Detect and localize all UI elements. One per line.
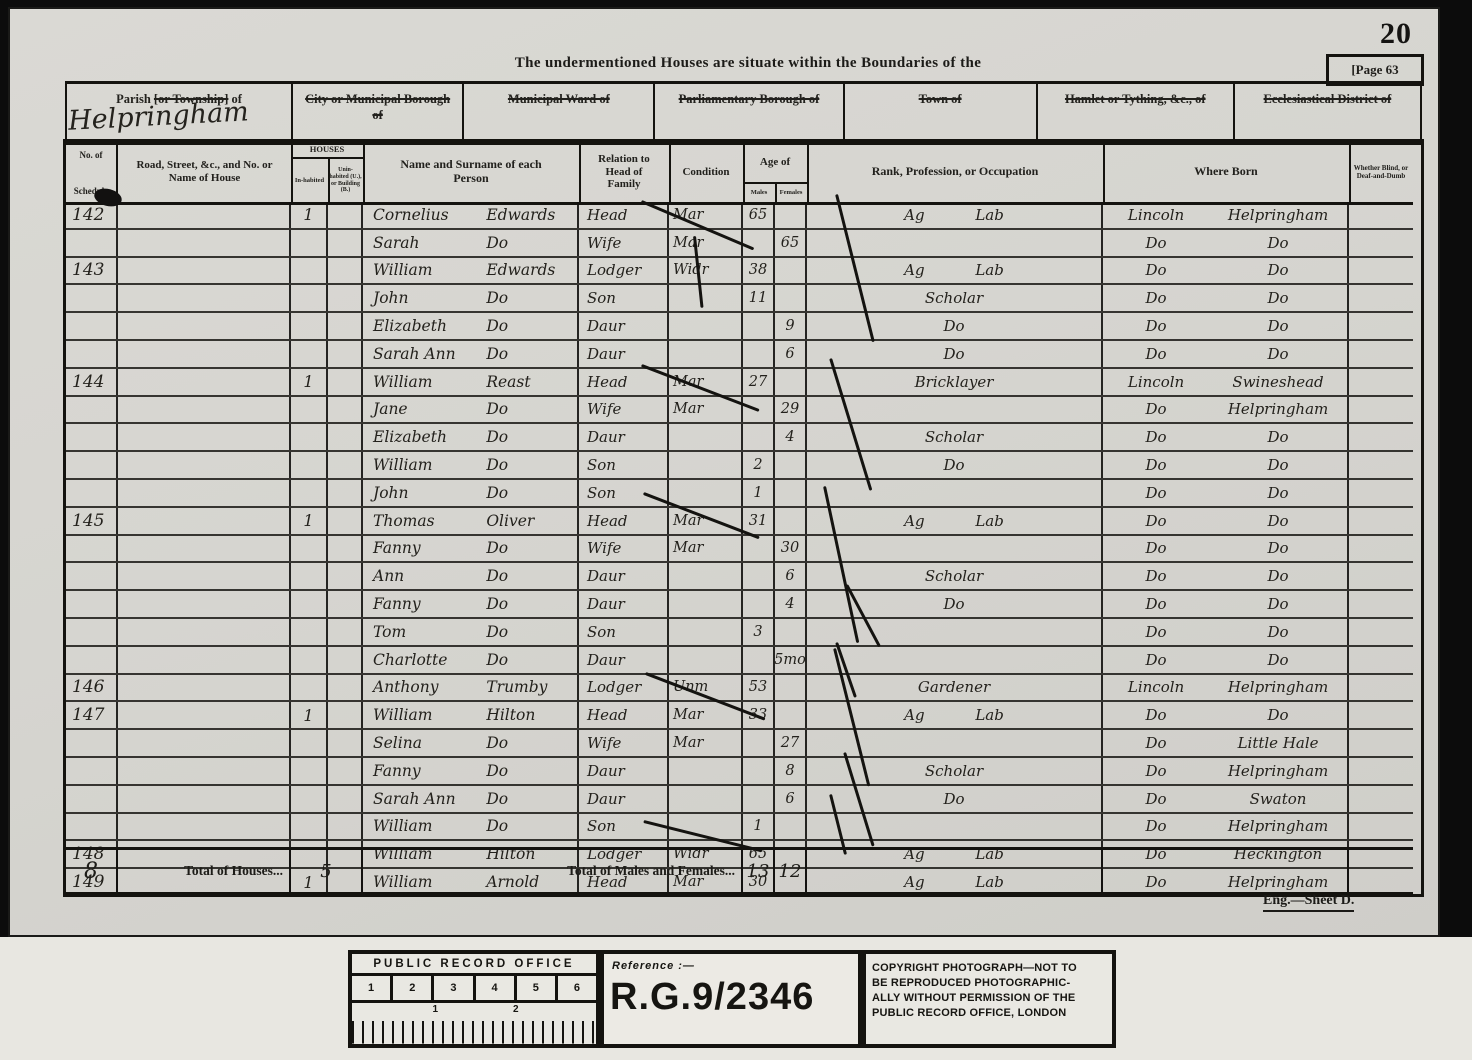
- col-header-born-label: Where Born: [1194, 165, 1257, 179]
- occupation-value: Ag Lab: [904, 706, 1004, 724]
- col-header-houses-group: HOUSES: [291, 142, 365, 159]
- cell-name: JaneDo: [363, 397, 579, 423]
- person-given-name: Sarah: [363, 234, 486, 252]
- cell-condition: Mar: [669, 230, 743, 256]
- copyright-line: PUBLIC RECORD OFFICE, LONDON: [872, 1006, 1106, 1021]
- col-header-relation-label: Relation to Head of Family: [588, 153, 660, 191]
- cell-born: LincolnHelpringham: [1103, 202, 1349, 228]
- born-place: Helpringham: [1209, 817, 1347, 835]
- born-place: Swineshead: [1209, 373, 1347, 391]
- cell-house-uninhabited: [328, 313, 363, 339]
- person-surname: Do: [486, 595, 577, 613]
- relation-value: Daur: [587, 428, 625, 446]
- relation-value: Daur: [587, 762, 625, 780]
- condition-value: Mar: [673, 540, 703, 556]
- occupation-value: Do: [943, 790, 964, 808]
- cell-road: [118, 702, 291, 728]
- person-surname: Do: [486, 762, 577, 780]
- person-given-name: William: [363, 706, 486, 724]
- cell-occupation: Ag Lab: [807, 202, 1103, 228]
- cell-house-uninhabited: [328, 758, 363, 784]
- born-place: Do: [1209, 317, 1347, 335]
- cell-house-uninhabited: [328, 480, 363, 506]
- cell-born: DoDo: [1103, 341, 1349, 367]
- cell-born: DoDo: [1103, 619, 1349, 645]
- col-header-infirm-label: Whether Blind, or Deaf-and-Dumb: [1352, 164, 1410, 180]
- cell-age-female: 4: [775, 424, 807, 450]
- ruler-inch-mark: 1: [352, 976, 393, 1000]
- age-female-value: 4: [785, 596, 794, 612]
- age-female-value: 9: [785, 318, 794, 334]
- cell-road: [118, 758, 291, 784]
- table-row: WilliamDoSon1DoHelpringham: [66, 814, 1413, 842]
- born-county: Do: [1103, 400, 1209, 418]
- cell-house-uninhabited: [328, 536, 363, 562]
- cell-house-inhabited: [291, 285, 328, 311]
- born-county: Do: [1103, 317, 1209, 335]
- born-county: Do: [1103, 539, 1209, 557]
- cell-condition: Widr: [669, 258, 743, 284]
- relation-value: Wife: [587, 400, 621, 418]
- cell-schedule: [66, 424, 118, 450]
- age-female-value: 6: [785, 791, 794, 807]
- cell-relation: Wife: [579, 397, 669, 423]
- cell-born: DoDo: [1103, 591, 1349, 617]
- age-female-value: 30: [781, 540, 799, 556]
- relation-value: Head: [587, 512, 628, 530]
- cell-infirm: [1349, 619, 1413, 645]
- occupation-value: Ag Lab: [904, 261, 1004, 279]
- born-county: Do: [1103, 734, 1209, 752]
- col-header-females-label: Females: [780, 189, 803, 196]
- cell-schedule: 147: [66, 702, 118, 728]
- person-surname: Do: [486, 428, 577, 446]
- born-place: Do: [1209, 345, 1347, 363]
- born-place: Do: [1209, 706, 1347, 724]
- born-county: Do: [1103, 345, 1209, 363]
- cell-house-uninhabited: [328, 508, 363, 534]
- totals-empty-born: [1103, 850, 1349, 892]
- cell-house-inhabited: [291, 619, 328, 645]
- cell-schedule: [66, 814, 118, 840]
- cell-schedule: [66, 758, 118, 784]
- location-field-5: Hamlet or Tything, &c., of: [1038, 84, 1235, 142]
- born-county: Do: [1103, 567, 1209, 585]
- cell-infirm: [1349, 730, 1413, 756]
- cell-relation: Son: [579, 452, 669, 478]
- cell-age-male: [743, 424, 775, 450]
- person-surname: Do: [486, 734, 577, 752]
- cell-condition: Mar: [669, 730, 743, 756]
- cell-age-female: [775, 508, 807, 534]
- cell-age-male: 11: [743, 285, 775, 311]
- person-given-name: Jane: [363, 400, 486, 418]
- cell-born: DoHelpringham: [1103, 814, 1349, 840]
- person-given-name: Sarah Ann: [363, 790, 486, 808]
- person-given-name: William: [363, 261, 486, 279]
- cell-age-male: [743, 786, 775, 812]
- cell-infirm: [1349, 397, 1413, 423]
- cell-infirm: [1349, 786, 1413, 812]
- born-county: Do: [1103, 484, 1209, 502]
- cell-infirm: [1349, 424, 1413, 450]
- cell-road: [118, 258, 291, 284]
- totals-empty-infirm: [1349, 850, 1413, 892]
- cell-relation: Daur: [579, 786, 669, 812]
- cell-age-male: 65: [743, 202, 775, 228]
- cell-condition: Mar: [669, 202, 743, 228]
- age-male-value: 38: [749, 262, 767, 278]
- col-header-road-label: Road, Street, &c., and No. or Name of Ho…: [127, 159, 283, 184]
- relation-value: Son: [587, 484, 616, 502]
- occupation-value: Ag Lab: [904, 512, 1004, 530]
- cell-age-male: [743, 341, 775, 367]
- cell-name: Sarah AnnDo: [363, 341, 579, 367]
- born-county: Do: [1103, 790, 1209, 808]
- relation-value: Son: [587, 817, 616, 835]
- born-place: Do: [1209, 623, 1347, 641]
- relation-value: Head: [587, 706, 628, 724]
- cell-infirm: [1349, 285, 1413, 311]
- cell-schedule: [66, 536, 118, 562]
- cell-born: DoSwaton: [1103, 786, 1349, 812]
- col-header-occupation: Rank, Profession, or Occupation: [807, 142, 1105, 202]
- location-field-4: Town of: [845, 84, 1038, 142]
- cell-name: WilliamEdwards: [363, 258, 579, 284]
- col-header-uninhabited: Unin-habited (U.), or Building (B.): [328, 159, 365, 202]
- cell-house-uninhabited: [328, 369, 363, 395]
- table-row: 143WilliamEdwardsLodgerWidr38Ag LabDoDo: [66, 258, 1413, 286]
- born-place: Do: [1209, 289, 1347, 307]
- cell-name: CorneliusEdwards: [363, 202, 579, 228]
- cell-road: [118, 786, 291, 812]
- person-surname: Reast: [486, 373, 577, 391]
- cell-name: AnnDo: [363, 563, 579, 589]
- cell-condition: [669, 591, 743, 617]
- cell-age-male: [743, 230, 775, 256]
- page-label: [Page 63: [1351, 62, 1398, 78]
- cell-born: DoDo: [1103, 508, 1349, 534]
- totals-row: 8 Total of Houses... 5 Total of Males an…: [66, 847, 1413, 896]
- cell-born: DoDo: [1103, 563, 1349, 589]
- born-place: Helpringham: [1209, 762, 1347, 780]
- cell-schedule: [66, 397, 118, 423]
- person-given-name: Thomas: [363, 512, 486, 530]
- person-surname: Do: [486, 484, 577, 502]
- cell-condition: [669, 480, 743, 506]
- cell-house-inhabited: [291, 675, 328, 701]
- cell-road: [118, 285, 291, 311]
- table-body: 1421CorneliusEdwardsHeadMar65Ag LabLinco…: [66, 202, 1413, 897]
- inhabited-mark: 1: [303, 511, 313, 530]
- table-row: TomDoSon3DoDo: [66, 619, 1413, 647]
- cell-age-male: 31: [743, 508, 775, 534]
- born-place: Do: [1209, 261, 1347, 279]
- cell-house-inhabited: [291, 313, 328, 339]
- cell-house-uninhabited: [328, 452, 363, 478]
- table-row: FannyDoWifeMar30DoDo: [66, 536, 1413, 564]
- ruler-cm-number: 1: [433, 1004, 439, 1015]
- inhabited-mark: 1: [303, 706, 313, 725]
- cell-house-uninhabited: [328, 702, 363, 728]
- cell-age-female: [775, 619, 807, 645]
- cell-occupation: [807, 397, 1103, 423]
- cell-road: [118, 230, 291, 256]
- col-header-age-label: Age of: [760, 156, 790, 169]
- person-given-name: William: [363, 373, 486, 391]
- table-row: Sarah AnnDoDaur6DoDoSwaton: [66, 786, 1413, 814]
- cell-infirm: [1349, 313, 1413, 339]
- age-female-value: 29: [781, 401, 799, 417]
- born-place: Do: [1209, 512, 1347, 530]
- born-county: Do: [1103, 706, 1209, 724]
- born-place: Do: [1209, 651, 1347, 669]
- cell-relation: Daur: [579, 563, 669, 589]
- cell-house-inhabited: [291, 424, 328, 450]
- cell-age-male: [743, 536, 775, 562]
- cell-name: CharlotteDo: [363, 647, 579, 673]
- cell-age-male: [743, 730, 775, 756]
- cell-occupation: Do: [807, 786, 1103, 812]
- age-male-value: 65: [749, 207, 767, 223]
- totals-males-females-label-cell: Total of Males and Females...: [363, 850, 743, 892]
- cell-name: FannyDo: [363, 536, 579, 562]
- cell-name: JohnDo: [363, 285, 579, 311]
- born-county: Do: [1103, 456, 1209, 474]
- cell-condition: [669, 341, 743, 367]
- cell-house-uninhabited: [328, 730, 363, 756]
- born-place: Helpringham: [1209, 400, 1347, 418]
- occupation-value: Do: [943, 345, 964, 363]
- person-surname: Do: [486, 456, 577, 474]
- person-given-name: Ann: [363, 567, 486, 585]
- table-row: FannyDoDaur4DoDoDo: [66, 591, 1413, 619]
- cell-road: [118, 313, 291, 339]
- cell-occupation: Ag Lab: [807, 508, 1103, 534]
- person-given-name: Elizabeth: [363, 317, 486, 335]
- born-place: Do: [1209, 539, 1347, 557]
- cell-relation: Son: [579, 480, 669, 506]
- ruler-inch-mark: 3: [434, 976, 475, 1000]
- cell-infirm: [1349, 369, 1413, 395]
- cell-relation: Daur: [579, 424, 669, 450]
- cell-occupation: Do: [807, 313, 1103, 339]
- cell-condition: Mar: [669, 536, 743, 562]
- cell-born: DoDo: [1103, 536, 1349, 562]
- relation-value: Daur: [587, 595, 625, 613]
- cell-road: [118, 202, 291, 228]
- totals-females-value: 12: [779, 861, 802, 882]
- col-header-inhabited: In-habited: [291, 159, 330, 202]
- ruler-inch-mark: 4: [476, 976, 517, 1000]
- cell-age-male: [743, 563, 775, 589]
- occupation-value: Gardener: [918, 678, 990, 696]
- location-field-2: Municipal Ward of: [464, 84, 655, 142]
- table-row: 1471WilliamHiltonHeadMar33Ag LabDoDo: [66, 702, 1413, 730]
- cell-age-female: 4: [775, 591, 807, 617]
- cell-born: DoDo: [1103, 480, 1349, 506]
- cell-born: DoDo: [1103, 647, 1349, 673]
- cell-house-uninhabited: [328, 619, 363, 645]
- person-surname: Do: [486, 400, 577, 418]
- born-place: Do: [1209, 234, 1347, 252]
- cell-schedule: [66, 313, 118, 339]
- cell-schedule: [66, 452, 118, 478]
- inhabited-mark: 1: [303, 372, 313, 391]
- census-sheet: 20 The undermentioned Houses are situate…: [8, 7, 1440, 944]
- totals-males-value: 13: [747, 861, 770, 882]
- cell-condition: [669, 647, 743, 673]
- cell-born: DoDo: [1103, 313, 1349, 339]
- occupation-value: Scholar: [925, 762, 983, 780]
- schedule-number: 143: [72, 260, 104, 280]
- age-male-value: 27: [749, 374, 767, 390]
- table-row: SelinaDoWifeMar27DoLittle Hale: [66, 730, 1413, 758]
- census-photograph: 20 The undermentioned Houses are situate…: [0, 0, 1472, 1060]
- cell-name: FannyDo: [363, 758, 579, 784]
- cell-house-inhabited: [291, 591, 328, 617]
- totals-empty-occupation: [807, 850, 1103, 892]
- relation-value: Head: [587, 206, 628, 224]
- cell-born: DoDo: [1103, 702, 1349, 728]
- cell-relation: Son: [579, 814, 669, 840]
- cell-relation: Daur: [579, 758, 669, 784]
- cell-schedule: [66, 647, 118, 673]
- born-county: Do: [1103, 428, 1209, 446]
- person-surname: Do: [486, 817, 577, 835]
- ruler-inch-row: 123456: [352, 976, 596, 1003]
- person-given-name: Elizabeth: [363, 428, 486, 446]
- cell-infirm: [1349, 675, 1413, 701]
- age-female-value: 65: [781, 235, 799, 251]
- table-row: ElizabethDoDaur9DoDoDo: [66, 313, 1413, 341]
- age-male-value: 3: [753, 624, 762, 640]
- born-place: Do: [1209, 456, 1347, 474]
- age-male-value: 53: [749, 679, 767, 695]
- age-female-value: 4: [785, 429, 794, 445]
- cell-name: WilliamReast: [363, 369, 579, 395]
- cell-schedule: [66, 786, 118, 812]
- born-county: Lincoln: [1103, 373, 1209, 391]
- occupation-value: Scholar: [925, 289, 983, 307]
- cell-name: ElizabethDo: [363, 313, 579, 339]
- col-header-condition: Condition: [669, 142, 745, 202]
- cell-house-inhabited: [291, 480, 328, 506]
- cell-relation: Son: [579, 285, 669, 311]
- person-given-name: Fanny: [363, 762, 486, 780]
- cell-age-male: 1: [743, 814, 775, 840]
- cell-condition: [669, 563, 743, 589]
- cell-house-uninhabited: [328, 202, 363, 228]
- cell-age-female: 8: [775, 758, 807, 784]
- schedule-number: 145: [72, 511, 104, 531]
- cell-house-uninhabited: [328, 814, 363, 840]
- cell-name: AnthonyTrumby: [363, 675, 579, 701]
- cell-infirm: [1349, 341, 1413, 367]
- cell-schedule: [66, 285, 118, 311]
- cell-age-female: [775, 369, 807, 395]
- person-surname: Edwards: [486, 206, 577, 224]
- totals-males-females-label: Total of Males and Females...: [567, 863, 735, 879]
- cell-infirm: [1349, 452, 1413, 478]
- col-header-born: Where Born: [1103, 142, 1351, 202]
- cell-house-uninhabited: [328, 647, 363, 673]
- cell-road: [118, 619, 291, 645]
- cell-house-uninhabited: [328, 675, 363, 701]
- cell-born: DoHelpringham: [1103, 758, 1349, 784]
- cell-relation: Daur: [579, 591, 669, 617]
- col-header-males: Males: [743, 184, 777, 202]
- age-female-value: 8: [785, 763, 794, 779]
- stamp-office-name: PUBLIC RECORD OFFICE: [352, 954, 596, 976]
- stamp-ruler-box: PUBLIC RECORD OFFICE 123456 12: [348, 950, 600, 1048]
- cell-house-inhabited: [291, 258, 328, 284]
- cell-age-female: [775, 285, 807, 311]
- person-surname: Do: [486, 790, 577, 808]
- cell-age-male: [743, 758, 775, 784]
- cell-condition: [669, 619, 743, 645]
- totals-houses-label: Total of Houses...: [184, 863, 283, 879]
- age-male-value: 31: [749, 513, 767, 529]
- relation-value: Daur: [587, 317, 625, 335]
- schedule-number: 147: [72, 705, 104, 725]
- cell-house-inhabited: [291, 814, 328, 840]
- cell-infirm: [1349, 230, 1413, 256]
- cell-house-inhabited: 1: [291, 702, 328, 728]
- cell-condition: [669, 758, 743, 784]
- born-place: Do: [1209, 428, 1347, 446]
- person-given-name: Cornelius: [363, 206, 486, 224]
- stamp-copyright-box: COPYRIGHT PHOTOGRAPH—NOT TOBE REPRODUCED…: [862, 950, 1116, 1048]
- cell-relation: Daur: [579, 647, 669, 673]
- cell-born: DoDo: [1103, 424, 1349, 450]
- relation-value: Daur: [587, 651, 625, 669]
- cell-house-inhabited: [291, 786, 328, 812]
- col-header-females: Females: [775, 184, 809, 202]
- born-county: Do: [1103, 623, 1209, 641]
- cell-age-male: 3: [743, 619, 775, 645]
- cell-road: [118, 424, 291, 450]
- cell-occupation: Scholar: [807, 563, 1103, 589]
- born-county: Do: [1103, 289, 1209, 307]
- cell-name: WilliamDo: [363, 452, 579, 478]
- cell-age-female: [775, 814, 807, 840]
- table-row: WilliamDoSon2DoDoDo: [66, 452, 1413, 480]
- person-surname: Do: [486, 345, 577, 363]
- cell-relation: Daur: [579, 341, 669, 367]
- cell-house-uninhabited: [328, 341, 363, 367]
- cell-house-inhabited: [291, 536, 328, 562]
- cell-occupation: Do: [807, 341, 1103, 367]
- born-county: Do: [1103, 817, 1209, 835]
- sheet-note: Eng.—Sheet D.: [1263, 893, 1354, 912]
- cell-house-inhabited: [291, 397, 328, 423]
- page-heading: The undermentioned Houses are situate wi…: [378, 55, 1118, 72]
- cell-schedule: [66, 563, 118, 589]
- cell-age-male: 2: [743, 452, 775, 478]
- age-female-value: 5mo: [774, 652, 806, 668]
- cell-house-uninhabited: [328, 258, 363, 284]
- cell-occupation: [807, 647, 1103, 673]
- col-header-road: Road, Street, &c., and No. or Name of Ho…: [118, 142, 293, 202]
- cell-house-inhabited: [291, 341, 328, 367]
- cell-name: WilliamDo: [363, 814, 579, 840]
- location-field-label: Town of: [919, 92, 962, 108]
- cell-condition: [669, 313, 743, 339]
- person-given-name: John: [363, 289, 486, 307]
- age-female-value: 27: [781, 735, 799, 751]
- cell-age-male: 38: [743, 258, 775, 284]
